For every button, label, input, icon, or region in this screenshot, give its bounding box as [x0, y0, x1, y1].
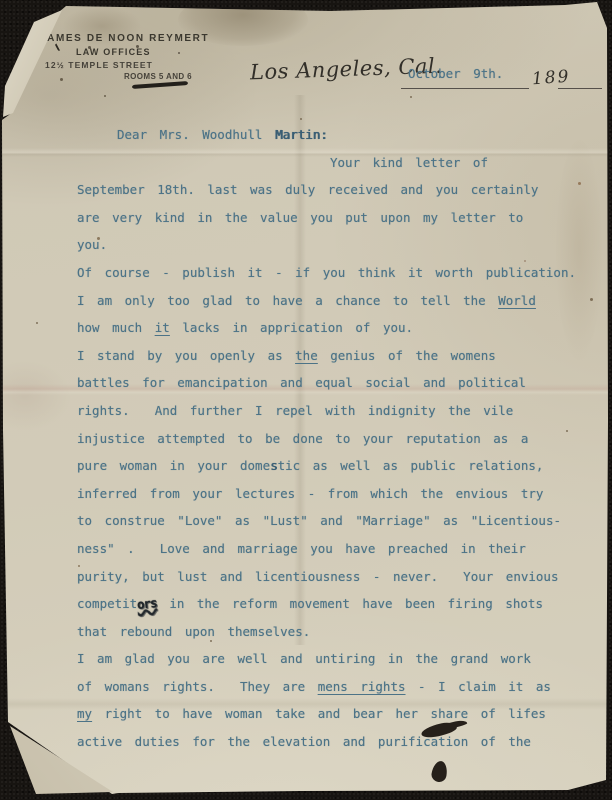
- typed-text: of womans rights. They are: [77, 679, 318, 694]
- letter-body: Dear Mrs. Woodhull Martin:Your kind lett…: [77, 121, 557, 756]
- pen-underline-mark: [132, 81, 188, 89]
- paper-speck: [590, 298, 593, 301]
- paper-speck: [578, 182, 581, 185]
- paper-stain: [0, 360, 70, 430]
- letter-line: injustice attempted to be done to your r…: [77, 425, 557, 453]
- paper-speck: [178, 52, 180, 54]
- letter-line: active duties for the elevation and puri…: [77, 728, 557, 756]
- typed-text: that rebound upon themselves.: [77, 624, 310, 639]
- paper-speck: [88, 46, 91, 49]
- paper-speck: [566, 430, 568, 432]
- typed-text: Martin:: [275, 127, 328, 142]
- paper-speck: [104, 95, 106, 97]
- letter-line: I stand by you openly as the genius of t…: [77, 342, 557, 370]
- underlined-text: the: [295, 348, 318, 363]
- typed-text: I stand by you openly as: [77, 348, 295, 363]
- typed-text: I am only too glad to have a chance to t…: [77, 293, 498, 308]
- typed-text: s: [270, 458, 278, 473]
- typed-text: inferred from your lectures - from which…: [77, 486, 543, 501]
- typed-text: ness" . Love and marriage you have preac…: [77, 541, 526, 556]
- typed-text: pure woman in your dome: [77, 458, 270, 473]
- letter-line: competitors in the reform movement have …: [77, 590, 557, 618]
- typed-text: how much: [77, 320, 155, 335]
- letter-line: Dear Mrs. Woodhull Martin:: [77, 121, 557, 149]
- letter-line: to construe "Love" as "Lust" and "Marria…: [77, 507, 557, 535]
- typed-text: are very kind in the value you put upon …: [77, 210, 523, 225]
- letter-line: you.: [77, 231, 557, 259]
- letterhead-rooms: ROOMS 5 AND 6: [124, 72, 192, 81]
- letter-line: I am glad you are well and untiring in t…: [77, 645, 557, 673]
- letter-line: Of course - publish it - if you think it…: [77, 259, 557, 287]
- paper-speck: [78, 565, 80, 567]
- typed-text: battles for emancipation and equal socia…: [77, 375, 526, 390]
- underlined-text: my: [77, 706, 92, 721]
- typed-text: injustice attempted to be done to your r…: [77, 431, 528, 446]
- typed-text: tic as well as public relations,: [278, 458, 544, 473]
- typed-text: purity, but lust and licentiousness - ne…: [77, 569, 559, 584]
- handwritten-correction: ors: [136, 589, 158, 618]
- letter-line: that rebound upon themselves.: [77, 618, 557, 646]
- typed-text: Of course - publish it - if you think it…: [77, 265, 576, 280]
- underlined-text: mens rights: [318, 679, 406, 694]
- letter-line: are very kind in the value you put upon …: [77, 204, 557, 232]
- ink-blot-drop: [430, 760, 448, 783]
- typed-text: Dear Mrs. Woodhull: [117, 127, 275, 142]
- letter-line: of womans rights. They are mens rights -…: [77, 673, 557, 701]
- letter-line: battles for emancipation and equal socia…: [77, 369, 557, 397]
- typed-text: to construe "Love" as "Lust" and "Marria…: [77, 513, 561, 528]
- paper-speck: [524, 260, 526, 262]
- letterhead-street: 12½ TEMPLE STREET: [45, 60, 153, 70]
- typed-text: genius of the womens: [318, 348, 496, 363]
- letterhead-name: JAMES DE NOON REYMERT: [40, 33, 209, 44]
- dateline-year-prefix: 189: [531, 67, 571, 90]
- paper-stain: [556, 140, 602, 360]
- paper-speck: [97, 237, 100, 240]
- letter-line: Your kind letter of: [77, 149, 557, 177]
- typed-text: you.: [77, 237, 107, 252]
- date-rule: [401, 88, 529, 89]
- dateline-typed-date: October 9th.: [408, 66, 503, 81]
- typed-text: Your kind letter of: [330, 155, 488, 170]
- paper-speck: [210, 640, 212, 642]
- typed-text: I am glad you are well and untiring in t…: [77, 651, 531, 666]
- date-rule: [558, 88, 602, 89]
- underlined-text: World: [498, 293, 536, 308]
- typed-text: - I claim it as: [406, 679, 551, 694]
- letter-line: how much it lacks in apprication of you.: [77, 314, 557, 342]
- typed-text: lacks in apprication of you.: [170, 320, 413, 335]
- letter-paper: JAMES DE NOON REYMERT LAW OFFICES 12½ TE…: [0, 0, 612, 800]
- letter-line: ness" . Love and marriage you have preac…: [77, 535, 557, 563]
- paper-speck: [36, 322, 38, 324]
- letter-line: rights. And further I repel with indigni…: [77, 397, 557, 425]
- paper-speck: [60, 78, 63, 81]
- letter-line: my right to have woman take and bear her…: [77, 700, 557, 728]
- letter-line: I am only too glad to have a chance to t…: [77, 287, 557, 315]
- typed-text: in the reform movement have been firing …: [157, 596, 543, 611]
- typed-text: competit: [77, 596, 137, 611]
- letterhead-office: LAW OFFICES: [76, 47, 151, 57]
- letter-line: purity, but lust and licentiousness - ne…: [77, 563, 557, 591]
- typed-text: rights. And further I repel with indigni…: [77, 403, 513, 418]
- scan-background: JAMES DE NOON REYMERT LAW OFFICES 12½ TE…: [0, 0, 612, 800]
- paper-speck: [136, 45, 139, 48]
- typed-text: right to have woman take and bear her sh…: [92, 706, 546, 721]
- typed-text: active duties for the elevation and puri…: [77, 734, 531, 749]
- paper-speck: [300, 118, 302, 120]
- letter-line: September 18th. last was duly received a…: [77, 176, 557, 204]
- letter-line: pure woman in your domestic as well as p…: [77, 452, 557, 480]
- letter-line: inferred from your lectures - from which…: [77, 480, 557, 508]
- typed-text: September 18th. last was duly received a…: [77, 182, 538, 197]
- underlined-text: it: [155, 320, 170, 335]
- paper-speck: [410, 96, 412, 98]
